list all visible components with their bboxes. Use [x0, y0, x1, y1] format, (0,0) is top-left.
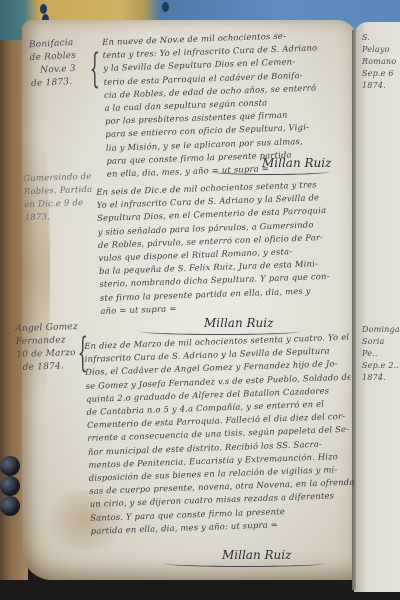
margin-line: Angel Gomez [15, 321, 78, 336]
right-page-margin-note-1: S. Pelayo Romano Sep.e 6 1874. [362, 32, 400, 92]
margin-note-entry-3: Angel Gomez Fernandez 10 de Marzo de 187… [15, 321, 79, 375]
margin-line: de 1874. [16, 360, 79, 375]
binding-clip [0, 476, 20, 496]
margin-line: 10 de Marzo [16, 347, 79, 362]
margin-line: Dominga [362, 324, 400, 336]
margin-line: Sep.e 6 [362, 68, 400, 80]
margin-line: S. Pelayo [362, 32, 400, 56]
margin-note-entry-1: Bonifacia de Robles Nov.e 3 de 1873. [29, 37, 78, 91]
fabric-dot [162, 2, 169, 12]
signature-flourish [164, 560, 324, 567]
water-stain [10, 80, 50, 460]
margin-line: 1874. [362, 372, 400, 384]
entry-2-body: En seis de Dic.e de mil ochocientos sete… [96, 177, 350, 318]
margin-line: de 1873. [31, 76, 78, 91]
fabric-dot [40, 4, 47, 14]
margin-line: Sep.e 2.. [362, 360, 400, 372]
brace-mark: { [90, 46, 100, 92]
margin-line: 1874. [362, 80, 400, 92]
entry-3-body: En diez de Marzo de mil ochocientos sete… [84, 331, 356, 538]
signature-flourish [210, 168, 330, 175]
margin-line: en Dic.e 9 de [24, 197, 93, 212]
margin-line: Soria Pe.. [362, 336, 400, 360]
margin-note-entry-2: Gumersindo de Robles, Partida en Dic.e 9… [23, 171, 93, 225]
right-page [354, 22, 400, 592]
right-page-margin-note-2: Dominga Soria Pe.. Sep.e 2.. 1874. [362, 324, 400, 384]
margin-line: 1873. [24, 210, 93, 225]
binding-clip [0, 496, 20, 516]
binding-clip [0, 456, 20, 476]
margin-line: Romano [362, 56, 400, 68]
